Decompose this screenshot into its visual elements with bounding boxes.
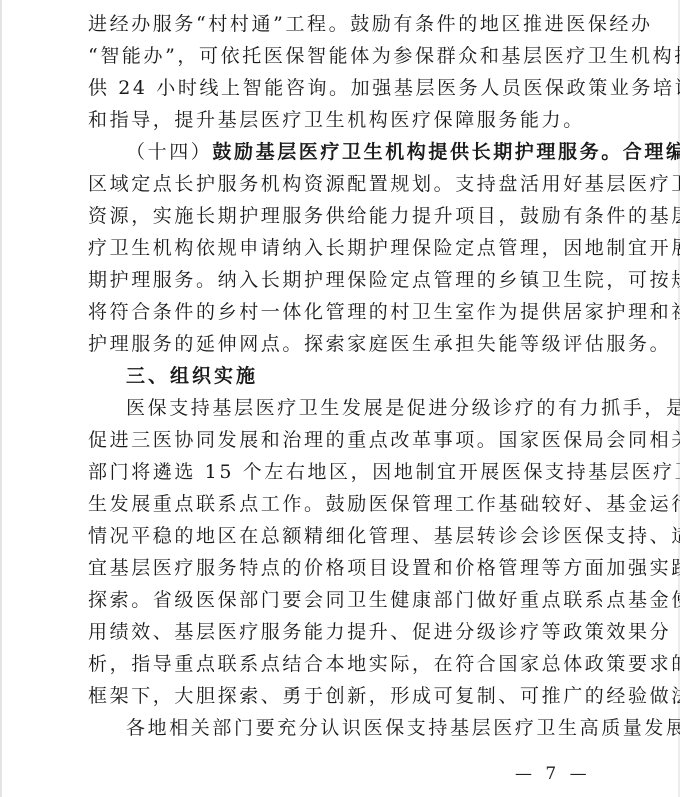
paragraph-line: 医保支持基层医疗卫生发展是促进分级诊疗的有力抓手，是 bbox=[126, 392, 596, 424]
paragraph-line: 各地相关部门要充分认识医保支持基层医疗卫生高质量发展 bbox=[126, 712, 596, 744]
paragraph-line: 护理服务的延伸网点。探索家庭医生承担失能等级评估服务。 bbox=[88, 328, 596, 360]
paragraph-line: 疗卫生机构依规申请纳入长期护理保险定点管理，因地制宜开展长 bbox=[88, 232, 596, 264]
paragraph-line: 促进三医协同发展和治理的重点改革事项。国家医保局会同相关 bbox=[88, 424, 596, 456]
paragraph-line: 框架下，大胆探索、勇于创新，形成可复制、可推广的经验做法。 bbox=[88, 680, 596, 712]
paragraph-line: 析，指导重点联系点结合本地实际，在符合国家总体政策要求的 bbox=[88, 648, 596, 680]
paragraph-line: 部门将遴选 15 个左右地区，因地制宜开展医保支持基层医疗卫 bbox=[88, 456, 596, 488]
paragraph-line: 供 24 小时线上智能咨询。加强基层医务人员医保政策业务培训 bbox=[88, 72, 596, 104]
section-heading: 三、组织实施 bbox=[126, 360, 596, 392]
item-14-heading-line: （十四）鼓励基层医疗卫生机构提供长期护理服务。合理编制 bbox=[126, 136, 596, 168]
item-14-label: （十四） bbox=[126, 141, 212, 163]
paragraph-line: 期护理服务。纳入长期护理保险定点管理的乡镇卫生院，可按规定 bbox=[88, 264, 596, 296]
paragraph-line: 生发展重点联系点工作。鼓励医保管理工作基础较好、基金运行 bbox=[88, 488, 596, 520]
item-14-title: 鼓励基层医疗卫生机构提供长期护理服务。合理编制 bbox=[212, 141, 680, 163]
paragraph-line: 和指导，提升基层医疗卫生机构医疗保障服务能力。 bbox=[88, 104, 596, 136]
paragraph-line: 将符合条件的乡村一体化管理的村卫生室作为提供居家护理和社区 bbox=[88, 296, 596, 328]
paragraph-line: 探索。省级医保部门要会同卫生健康部门做好重点联系点基金使 bbox=[88, 584, 596, 616]
paragraph-line: 区域定点长护服务机构资源配置规划。支持盘活用好基层医疗卫生 bbox=[88, 168, 596, 200]
page-edge-left bbox=[0, 0, 2, 797]
paragraph-line: 情况平稳的地区在总额精细化管理、基层转诊会诊医保支持、适 bbox=[88, 520, 596, 552]
paragraph-line: 宜基层医疗服务特点的价格项目设置和价格管理等方面加强实践 bbox=[88, 552, 596, 584]
paragraph-line: 进经办服务“村村通”工程。鼓励有条件的地区推进医保经办 bbox=[88, 8, 596, 40]
paragraph-line: 资源，实施长期护理服务供给能力提升项目，鼓励有条件的基层医 bbox=[88, 200, 596, 232]
paragraph-line: “智能办”，可依托医保智能体为参保群众和基层医疗卫生机构提 bbox=[88, 40, 596, 72]
page-number: — 7 — bbox=[515, 764, 591, 784]
paragraph-line: 用绩效、基层医疗服务能力提升、促进分级诊疗等政策效果分 bbox=[88, 616, 596, 648]
